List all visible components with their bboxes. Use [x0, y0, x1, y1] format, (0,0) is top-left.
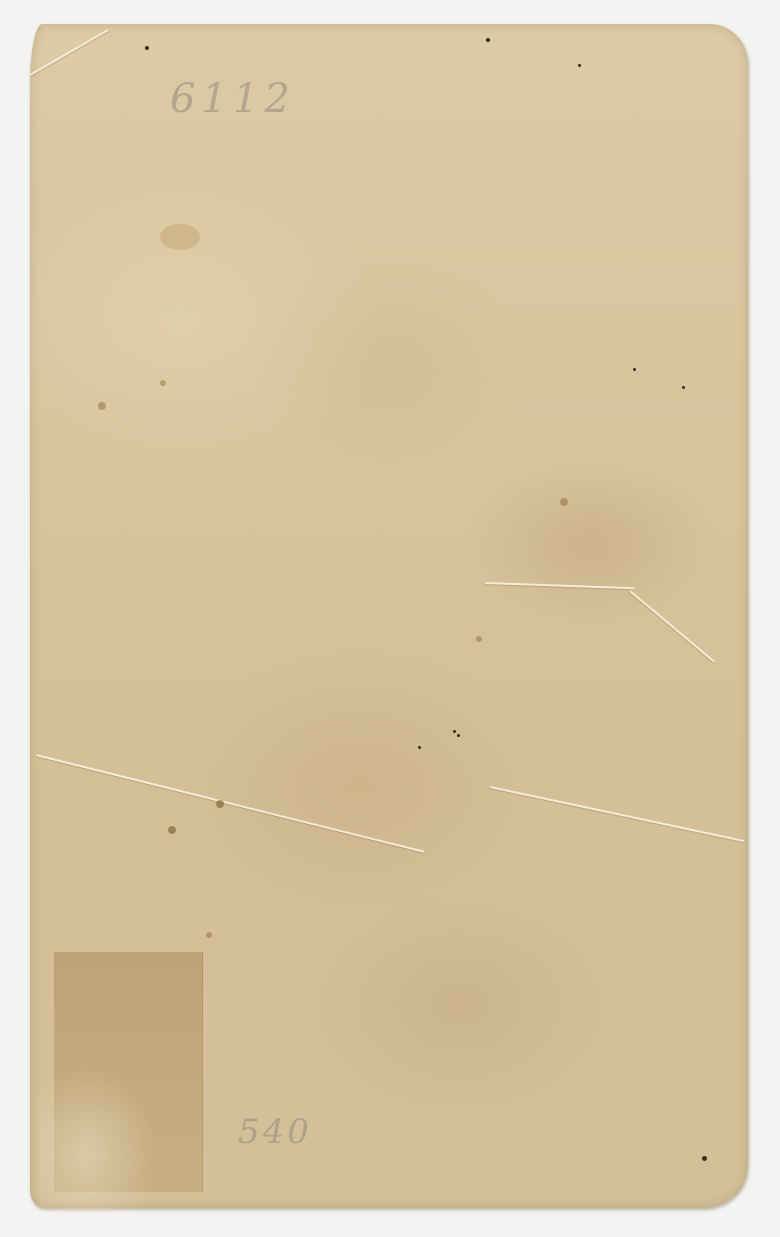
speck [457, 734, 460, 737]
foxing-spot [160, 380, 166, 386]
crease-top-left [30, 29, 109, 76]
pencil-note-bottom: 540 [238, 1112, 312, 1152]
foxing-spot [98, 402, 106, 410]
foxing-spot [216, 800, 224, 808]
foxing-spot [168, 826, 176, 834]
speck [486, 38, 490, 42]
speck [682, 386, 685, 389]
card-back: 6112 540 [30, 24, 748, 1208]
crease-right-diagonal [629, 590, 715, 662]
speck [702, 1156, 707, 1161]
speck [633, 368, 636, 371]
foxing-spot [206, 932, 212, 938]
crease-left [36, 754, 425, 853]
pencil-note-top: 6112 [170, 76, 296, 122]
foxing-spot [560, 498, 568, 506]
crease-right-upper [485, 582, 635, 589]
foxing-spot [160, 224, 200, 250]
crease-right-lower [490, 786, 745, 842]
speck [453, 730, 456, 733]
speck [145, 46, 149, 50]
speck [578, 64, 581, 67]
foxing-spot [476, 636, 482, 642]
corner-wear [38, 1064, 158, 1214]
speck [418, 746, 421, 749]
